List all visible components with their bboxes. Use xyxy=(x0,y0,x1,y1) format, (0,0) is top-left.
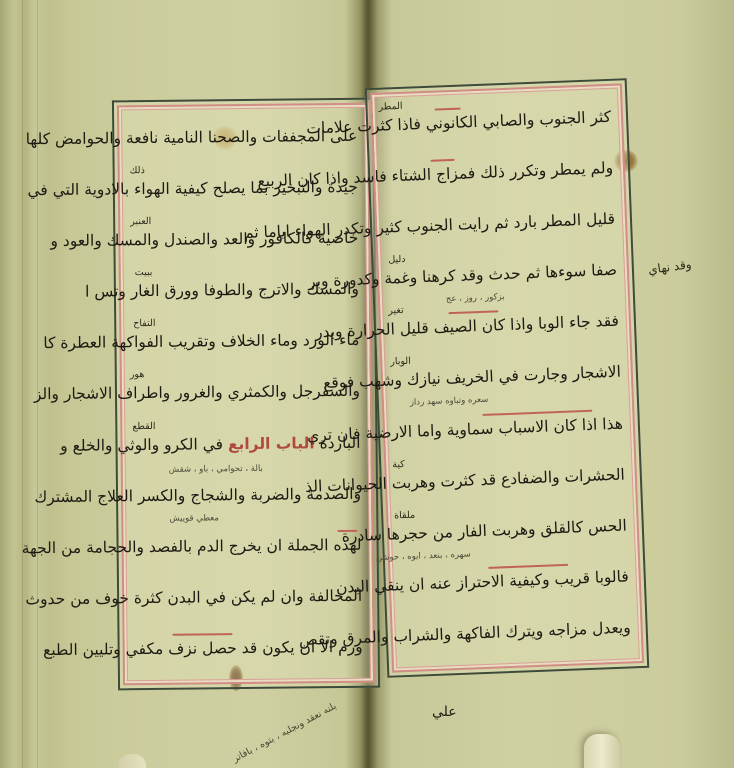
interlinear-gloss: الوبار xyxy=(390,357,411,367)
red-overline xyxy=(431,159,455,162)
line-text: والسفرجل والكمثري والغرور واطراف الاشجار… xyxy=(34,382,360,403)
interlinear-gloss: كية xyxy=(392,460,405,470)
text-line: دليل صفا سوءها ثم حدث وقد كرهنا وغمة وكد… xyxy=(384,247,618,307)
manuscript-spread: على المجففات والصحنا النامية نافعة والحو… xyxy=(0,0,734,768)
interlinear-gloss: التفاح xyxy=(133,319,155,329)
interlinear-gloss: ذلك xyxy=(130,166,145,176)
red-overline xyxy=(488,564,568,569)
text-line: الوبار الاشجار وجارت في الخريف نيازك وشه… xyxy=(388,349,622,409)
red-overline xyxy=(435,108,461,111)
catchword: علي xyxy=(432,704,457,720)
line-text: لهذه الجملة ان يخرج الدم بالفصد والحجامة… xyxy=(22,536,362,558)
text-line: كية الحشرات والضفادع قد كثرت وهربت الحيو… xyxy=(392,451,626,511)
interlinear-gloss: هور xyxy=(130,371,145,381)
chapter-heading-rubric: الباب الرابع xyxy=(228,434,315,453)
text-line: المطر كثر الجنوب والصابي الكانوني فاذا ك… xyxy=(378,94,612,154)
text-line: المخالفة وان لم يكن في البدن كثرة خوف من… xyxy=(130,573,363,627)
interlinear-note: معطي قوييش xyxy=(169,514,219,523)
interlinear-gloss: القطع xyxy=(132,422,155,432)
interlinear-gloss: دليل xyxy=(388,255,406,265)
right-page-text-frame: المطر كثر الجنوب والصابي الكانوني فاذا ك… xyxy=(365,78,649,678)
text-line: ولم يمطر وتكرر ذلك فمزاج الشتاء فاسد واذ… xyxy=(380,145,614,205)
line-text: ماء الورد وماء الخلاف وتقريب الفواكهة ال… xyxy=(43,331,359,352)
text-line: هذا اذا كان الاسباب سماوية واما الارضية … xyxy=(390,400,624,460)
line-text: فالوبا قريب وكيفية الاحتراز عنه ان ينقي … xyxy=(336,567,629,596)
interlinear-gloss: المطر xyxy=(378,102,402,112)
text-line: قليل المطر بارد ثم رايت الجنوب كثير وتكد… xyxy=(382,196,616,256)
text-line: ملقاة الحس كالقلق وهربت الفار من حجرها س… xyxy=(394,502,628,562)
text-line: تغير فقد جاء الوبا واذا كان الصيف قليل ا… xyxy=(386,298,620,358)
bookmark-strip xyxy=(584,734,620,768)
interlinear-gloss: تغير xyxy=(388,306,404,316)
interlinear-gloss: العنبر xyxy=(130,217,151,227)
line-text: في الكرو والوثي والخلع و xyxy=(60,435,228,455)
bookmark-strip xyxy=(118,754,146,768)
line-text: المخالفة وان لم يكن في البدن كثرة خوف من… xyxy=(25,587,362,609)
interlinear-gloss: ببيت xyxy=(135,268,153,278)
red-overline xyxy=(173,633,233,636)
red-overline xyxy=(448,311,498,315)
line-text: الحس كالقلق وهربت الفار من حجرها سادرة xyxy=(341,516,627,545)
text-line: لهذه الجملة ان يخرج الدم بالفصد والحجامة… xyxy=(129,522,362,576)
left-page-text-block: على المجففات والصحنا النامية نافعة والحو… xyxy=(117,103,375,686)
interlinear-gloss: ملقاة xyxy=(394,510,415,520)
right-page-text-block: المطر كثر الجنوب والصابي الكانوني فاذا ك… xyxy=(370,83,644,672)
text-line: فالوبا قريب وكيفية الاحتراز عنه ان ينقي … xyxy=(396,553,630,613)
side-margin-note: وقد نهاي xyxy=(647,257,692,277)
text-line: ويعدل مزاجه ويترك الفاكهة والشراب والمرق… xyxy=(398,604,632,664)
red-overline xyxy=(482,409,592,415)
bottom-margin-note: بلنه نعقد ونجلبه ، بتوه ، بافاتر xyxy=(231,701,338,765)
